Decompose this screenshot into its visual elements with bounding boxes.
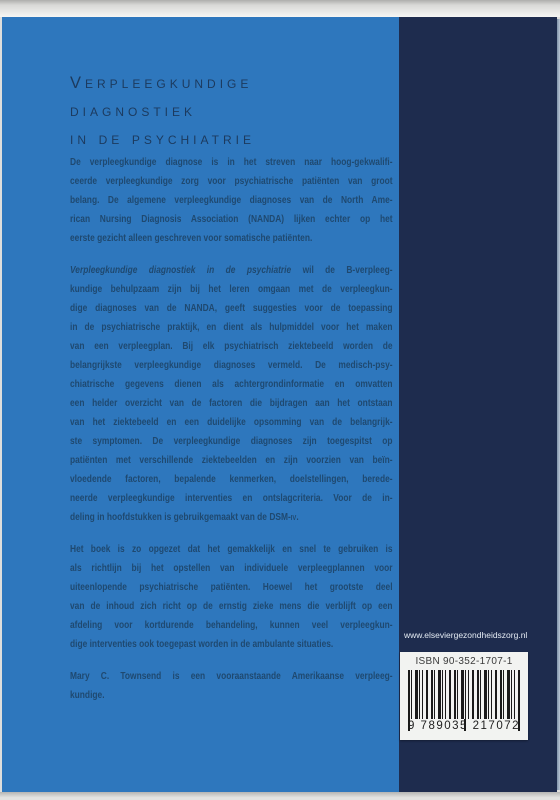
text-segment: deling in hoofdstukken is gebruikgemaakt… [70,512,269,523]
text-line: een helder overzicht van de factoren die… [70,394,393,413]
text-segment: . [296,512,298,523]
text-line: kundige. [70,686,393,705]
ean-barcode-icon [408,670,520,719]
barcode-number: 9 789035 217072 [400,720,528,732]
cover-front-panel: Verpleegkundigediagnostiekin de psychiat… [2,17,399,792]
text-line: kundige behulpzaam zijn bij het leren om… [70,280,393,299]
text-line: De verpleegkundige diagnose is in het st… [70,153,393,172]
isbn-barcode-panel: ISBN 90-352-1707-1 9 789035 217072 [400,652,528,740]
text-line: ceerde verpleegkundige zorg voor psychia… [70,172,393,191]
text-line: chiatrische gegevens dienen als achtergr… [70,375,393,394]
back-cover-paragraph: Mary C. Townsend is een vooraanstaande A… [70,667,393,705]
book-back-cover: Verpleegkundigediagnostiekin de psychiat… [2,17,557,792]
text-line: deling in hoofdstukken is gebruikgemaakt… [70,508,393,527]
title-line: diagnostiek [70,97,255,125]
text-line: dige diagnoses van de NANDA, geeft sugge… [70,299,393,318]
text-line: van een verpleegplan. Bij elk psychiatri… [70,337,393,356]
text-line: Mary C. Townsend is een vooraanstaande A… [70,667,393,686]
title-line: Verpleegkundige [70,69,255,97]
text-line: in de psychiatrische praktijk, en dient … [70,318,393,337]
back-cover-paragraph: Verpleegkundige diagnostiek in de psychi… [70,261,393,527]
photo-top-edge [0,0,560,17]
text-line: dige interventies ook toegepast worden i… [70,635,393,654]
text-line: patiënten met verschillende ziektebeelde… [70,451,393,470]
text-line: als richtlijn bij het opstellen van indi… [70,559,393,578]
text-line: ste symptomen. De verpleegkundige diagno… [70,432,393,451]
text-line: van het ziektebeeld en een duidelijke op… [70,413,393,432]
text-segment: wil de B-verpleeg- [291,265,392,276]
text-line: afdeling voor kortdurende behandeling, k… [70,616,393,635]
text-segment: Verpleegkundige diagnostiek in de psychi… [70,265,291,276]
text-line: neerde verpleegkundige interventies en o… [70,489,393,508]
text-line: eerste gezicht alleen geschreven voor so… [70,229,393,248]
spine-panel: www.elseviergezondheidszorg.nl ISBN 90-3… [399,17,557,792]
isbn-label: ISBN 90-352-1707-1 [400,656,528,667]
photo-bottom-edge [0,792,560,800]
back-cover-paragraph: Het boek is zo opgezet dat het gemakkeli… [70,540,393,654]
text-line: rican Nursing Diagnosis Association (NAN… [70,210,393,229]
text-line: belang. De algemene verpleegkundige diag… [70,191,393,210]
text-line: uiteenlopende psychiatrische patiënten. … [70,578,393,597]
text-line: Het boek is zo opgezet dat het gemakkeli… [70,540,393,559]
back-cover-paragraph: De verpleegkundige diagnose is in het st… [70,153,393,248]
book-photo: Verpleegkundigediagnostiekin de psychiat… [0,0,560,800]
title-line: in de psychiatrie [70,125,255,153]
publisher-url: www.elseviergezondheidszorg.nl [404,630,527,640]
back-cover-text: De verpleegkundige diagnose is in het st… [70,153,393,705]
text-line: Verpleegkundige diagnostiek in de psychi… [70,261,393,280]
text-line: vloedende factoren, bepalende kenmerken,… [70,470,393,489]
text-segment: DSM- [269,512,290,523]
book-title: Verpleegkundigediagnostiekin de psychiat… [70,69,255,153]
text-line: van de inhoud zich richt op de ernstig z… [70,597,393,616]
text-line: belangrijkste verpleegkundige diagnoses … [70,356,393,375]
